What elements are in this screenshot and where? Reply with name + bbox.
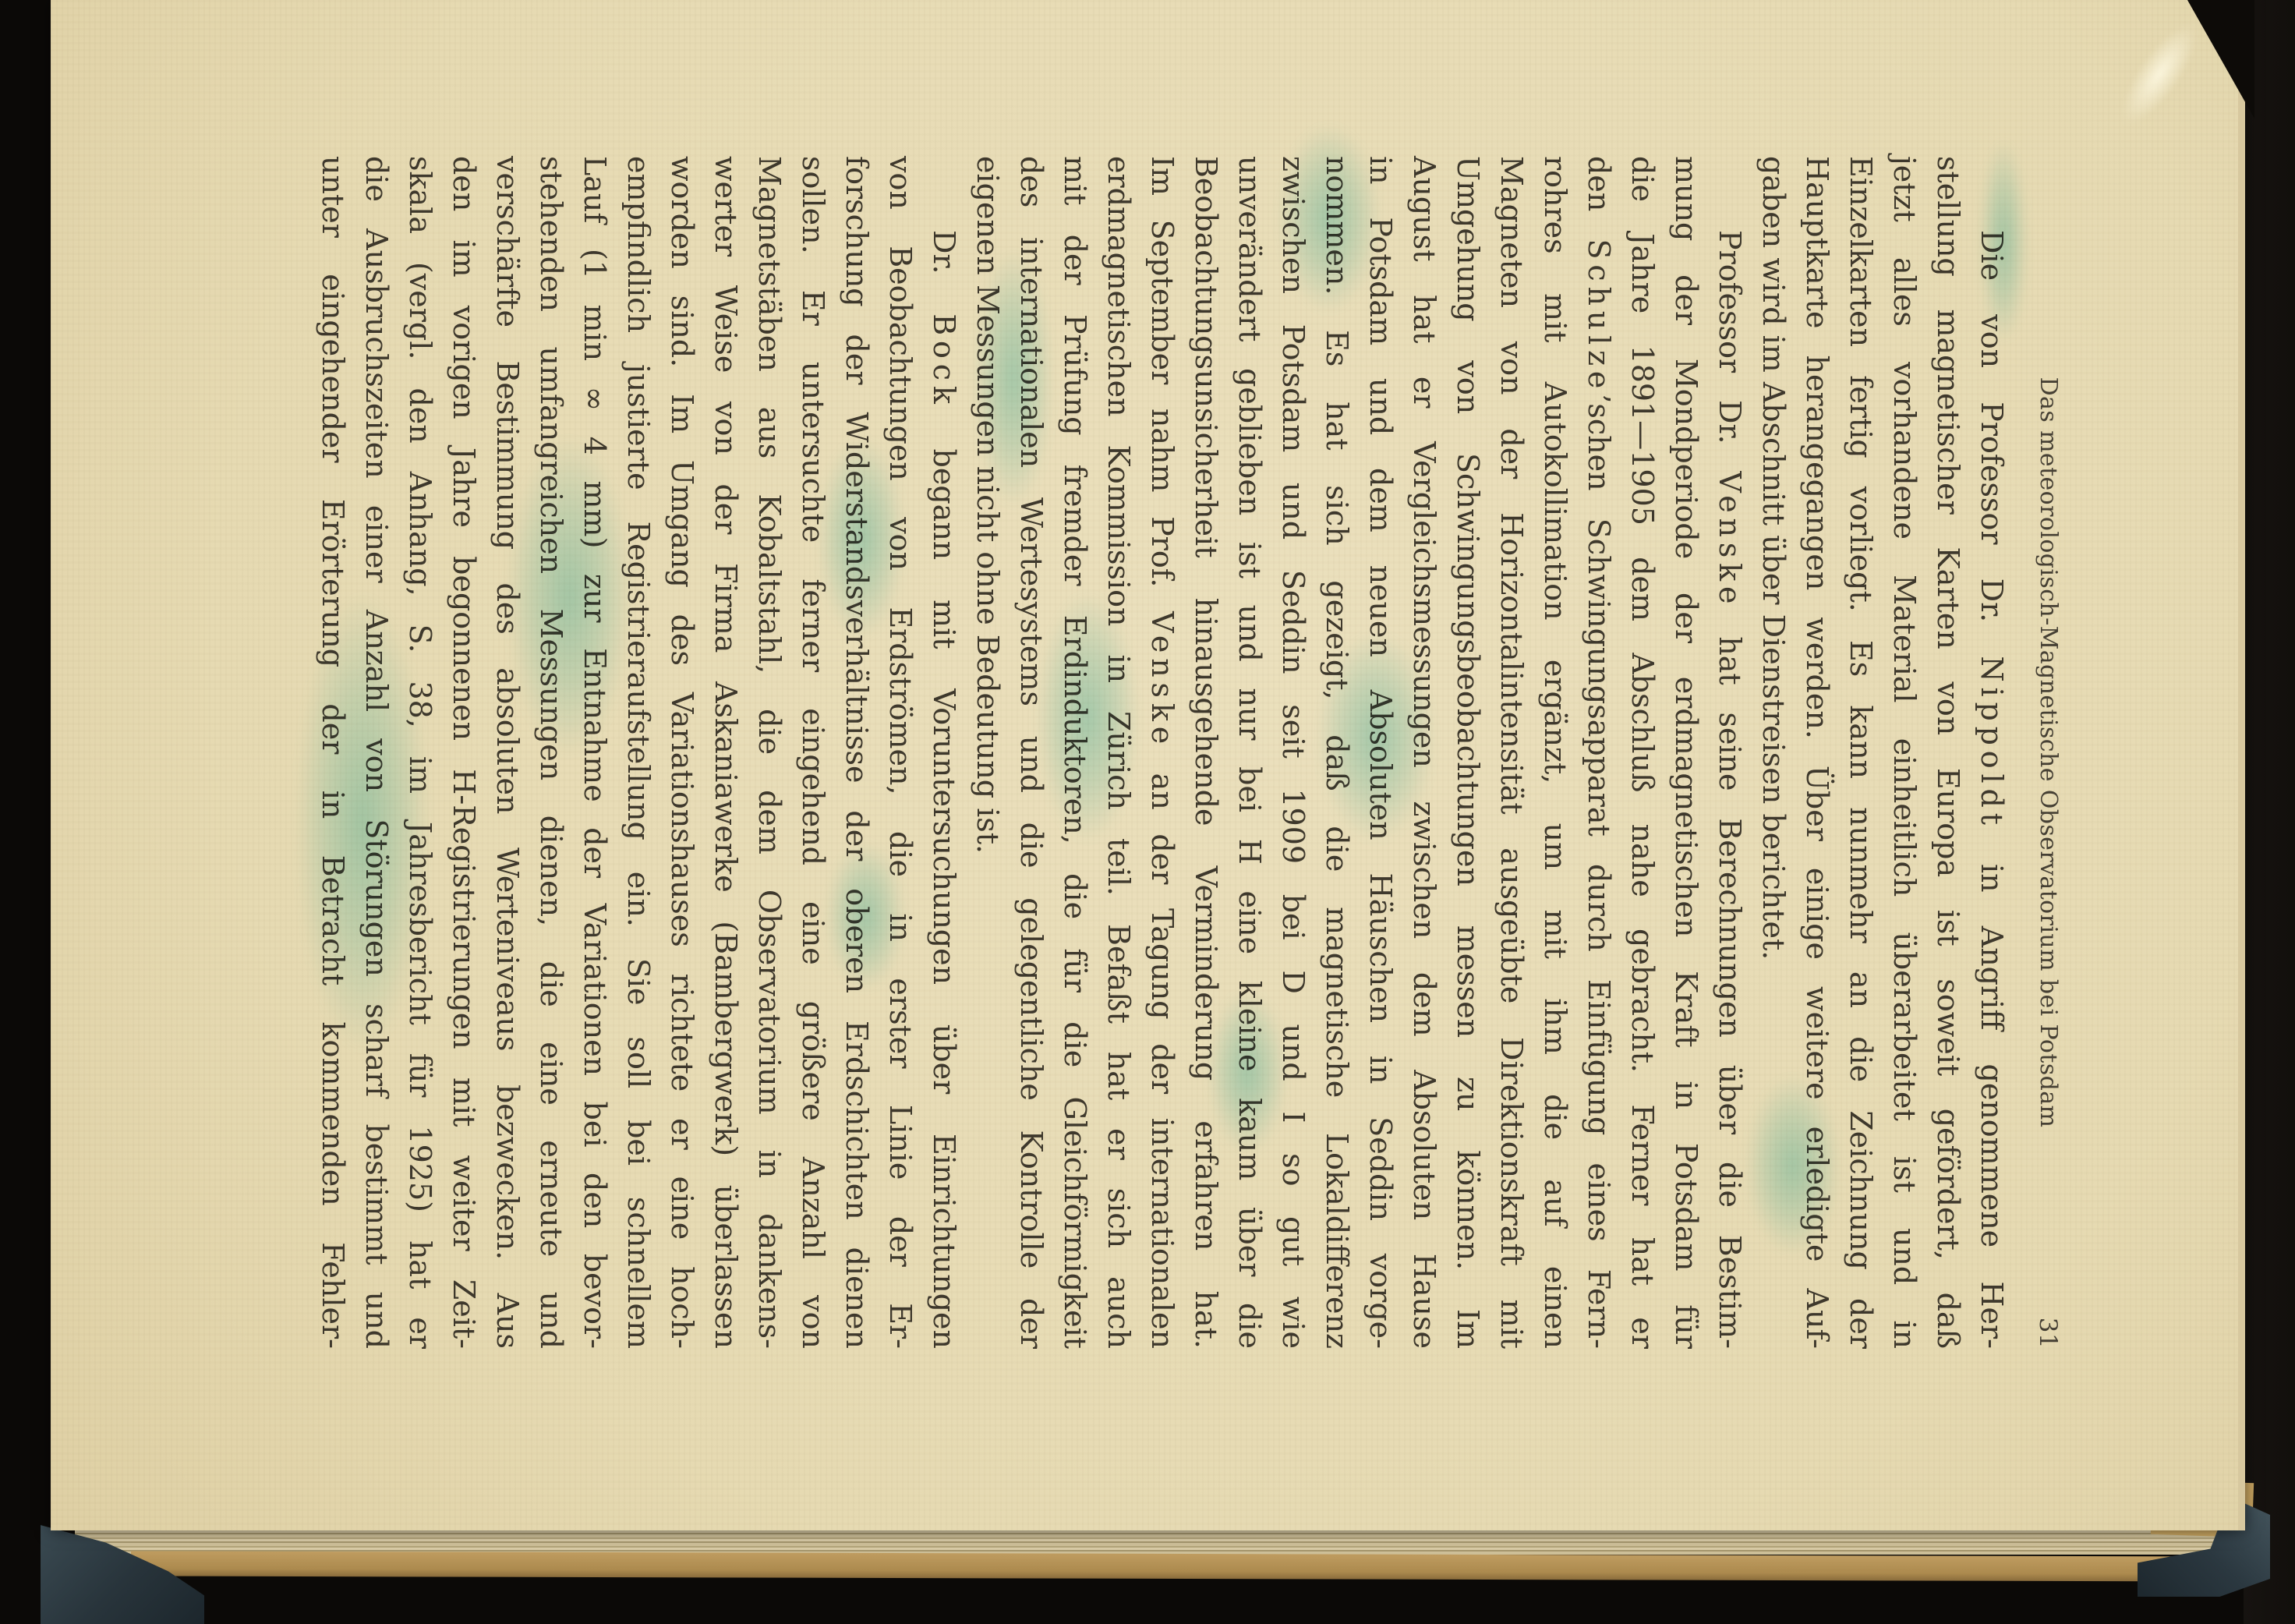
text-line-p2-l8: August hat er Vergleichsmessungen zwisch… — [1402, 156, 1446, 1349]
text-line-p2-l16: mit der Prüfung fremder Erdinduktoren, d… — [1053, 156, 1097, 1349]
text-line-p2-l18: eigenen Messungen nicht ohne Bedeutung i… — [966, 156, 1010, 1349]
book-page: Das meteorologisch-Magnetische Observato… — [51, 0, 2245, 1530]
text-line-p2-l5: rohres mit Autokollimation ergänzt, um m… — [1533, 156, 1577, 1349]
text-line-p3-l3: forschung der Widerstandsverhältnisse de… — [835, 156, 879, 1349]
text-line-p1-l6: gaben wird im Abschnitt über Dienstreise… — [1752, 156, 1795, 1349]
page-stack-edge — [75, 1528, 2242, 1555]
text-line-p3-l15: unter eingehender Erörterung der in Betr… — [311, 156, 355, 1349]
text-line-p2-l12: unverändert geblieben ist und nur bei H … — [1228, 156, 1271, 1349]
spaced-name: Nippoldt — [1975, 656, 2009, 830]
text-line-p1-l2: stellung magnetischer Karten von Europa … — [1926, 156, 1970, 1349]
text-line-p2-l9: in Potsdam und dem neuen Absoluten Häusc… — [1359, 156, 1402, 1349]
text-line-p3-l2: von Beobachtungen von Erdströmen, die in… — [879, 156, 922, 1349]
text-line-p1-l1: Die von Professor Dr. Nippoldt in Angrif… — [1970, 156, 2014, 1349]
text-line-p3-l13: skala (vergl. den Anhang, S. 38, im Jahr… — [398, 156, 442, 1349]
text-line-p3-l6: werter Weise von der Firma Askaniawerke … — [704, 156, 748, 1349]
spaced-name: Venske — [1713, 471, 1747, 609]
text-line-p1-l3: jetzt alles vorhandene Material einheitl… — [1883, 156, 1926, 1349]
page-number: 31 — [2034, 1318, 2062, 1349]
text-line-p2-l11: zwischen Potsdam und Seddin seit 1909 be… — [1271, 156, 1315, 1349]
text-line-p3-l9: Lauf (1 min ∞ 4 mm) zur Entnahme der Var… — [573, 156, 617, 1349]
text-line-p2-l10: nommen. Es hat sich gezeigt, daß die mag… — [1315, 156, 1359, 1349]
spaced-name: Bock — [927, 313, 961, 409]
text-line-p3-l10: stehenden umfangreichen Messungen dienen… — [529, 156, 573, 1349]
underlying-page-board — [131, 1551, 2248, 1581]
text-line-p3-l5: Magnetstäben aus Kobaltstahl, die dem Ob… — [748, 156, 791, 1349]
text-line-p1-l4: Einzelkarten fertig vorliegt. Es kann nu… — [1839, 156, 1883, 1349]
text-line-p2-l13: Beobachtungsunsicherheit hinausgehende V… — [1184, 156, 1228, 1349]
text-line-p3-l14: die Ausbruchszeiten einer Anzahl von Stö… — [355, 156, 398, 1349]
text-line-p3-l7: worden sind. Im Umgang des Variationshau… — [660, 156, 704, 1349]
text-line-p2-l7: Umgehung von Schwingungsbeobachtungen me… — [1446, 156, 1490, 1349]
text-line-p3-l8: empfindlich justierte Registrieraufstell… — [617, 156, 660, 1349]
text-line-p2-l17: des internationalen Wertesystems und die… — [1010, 156, 1053, 1349]
text-line-p3-l4: sollen. Er untersuchte ferner eingehend … — [791, 156, 835, 1349]
running-title: Das meteorologisch-Magnetische Observato… — [2035, 156, 2062, 1349]
scanner-bed-shadow — [2244, 0, 2295, 1624]
text-line-p3-l12: den im vorigen Jahre begonnenen H-Regist… — [442, 156, 486, 1349]
text-line-p2-l4: den Schulze’schen Schwingungsapparat dur… — [1577, 156, 1621, 1349]
text-line-p3-l11: verschärfte Bestimmung des absoluten Wer… — [486, 156, 529, 1349]
spaced-name: Venske — [1145, 611, 1179, 749]
text-line-p2-l1: Professor Dr. Venske hat seine Berechnun… — [1708, 156, 1752, 1349]
text-line-p2-l3: die Jahre 1891—1905 dem Abschluß nahe ge… — [1621, 156, 1664, 1349]
text-line-p2-l15: erdmagnetischen Kommission in Zürich tei… — [1097, 156, 1140, 1349]
text-line-p1-l5: Hauptkarte herangegangen werden. Über ei… — [1795, 156, 1839, 1349]
text-line-p2-l14: Im September nahm Prof. Venske an der Ta… — [1140, 156, 1184, 1349]
page-header: Das meteorologisch-Magnetische Observato… — [2024, 156, 2062, 1349]
text-line-p3-l1: Dr. Bock begann mit Voruntersuchungen üb… — [922, 156, 966, 1349]
text-line-p2-l2: mung der Mondperiode der erdmagnetischen… — [1664, 156, 1708, 1349]
scanner-background: Das meteorologisch-Magnetische Observato… — [0, 0, 2295, 1624]
spaced-name: Schulze — [1582, 239, 1616, 394]
text-block: Die von Professor Dr. Nippoldt in Angrif… — [311, 156, 2014, 1349]
text-line-p2-l6: Magneten von der Horizontalintensität au… — [1490, 156, 1533, 1349]
